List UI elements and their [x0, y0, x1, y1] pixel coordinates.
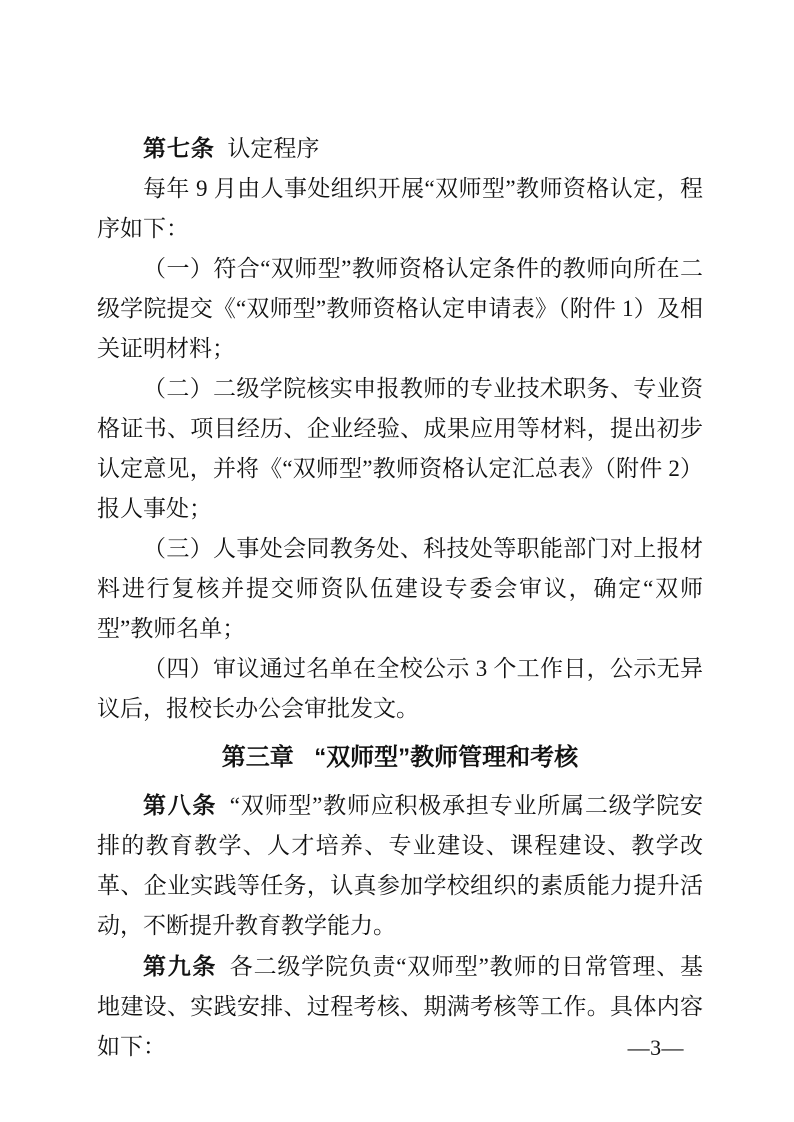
article-9-paragraph: 第九条各二级学院负责“双师型”教师的日常管理、基地建设、实践安排、过程考核、期满…	[97, 946, 703, 1067]
document-page: 第七条认定程序 每年 9 月由人事处组织开展“双师型”教师资格认定，程序如下： …	[0, 0, 794, 1122]
article-7-label: 第七条	[143, 135, 215, 161]
page-number: —3—	[628, 1035, 684, 1061]
document-content: 第七条认定程序 每年 9 月由人事处组织开展“双师型”教师资格认定，程序如下： …	[97, 128, 703, 1067]
article-8-label: 第八条	[143, 792, 217, 818]
chapter-3-title: “双师型”教师管理和考核	[314, 744, 578, 771]
article-9-label: 第九条	[143, 953, 217, 979]
chapter-3-heading: 第三章“双师型”教师管理和考核	[97, 738, 703, 778]
article-7-item-3: （三）人事处会同教务处、科技处等职能部门对上报材料进行复核并提交师资队伍建设专委…	[97, 529, 703, 649]
article-7-heading: 第七条认定程序	[97, 128, 703, 169]
article-7-item-4: （四）审议通过名单在全校公示 3 个工作日，公示无异议后，报校长办公会审批发文。	[97, 649, 703, 729]
article-7-item-1: （一）符合“双师型”教师资格认定条件的教师向所在二级学院提交《“双师型”教师资格…	[97, 249, 703, 369]
chapter-3-number: 第三章	[222, 744, 294, 771]
article-7-intro: 每年 9 月由人事处组织开展“双师型”教师资格认定，程序如下：	[97, 169, 703, 249]
article-7-title: 认定程序	[227, 136, 319, 161]
article-8-paragraph: 第八条“双师型”教师应积极承担专业所属二级学院安排的教育教学、人才培养、专业建设…	[97, 785, 703, 946]
article-7-item-2: （二）二级学院核实申报教师的专业技术职务、专业资格证书、项目经历、企业经验、成果…	[97, 369, 703, 529]
